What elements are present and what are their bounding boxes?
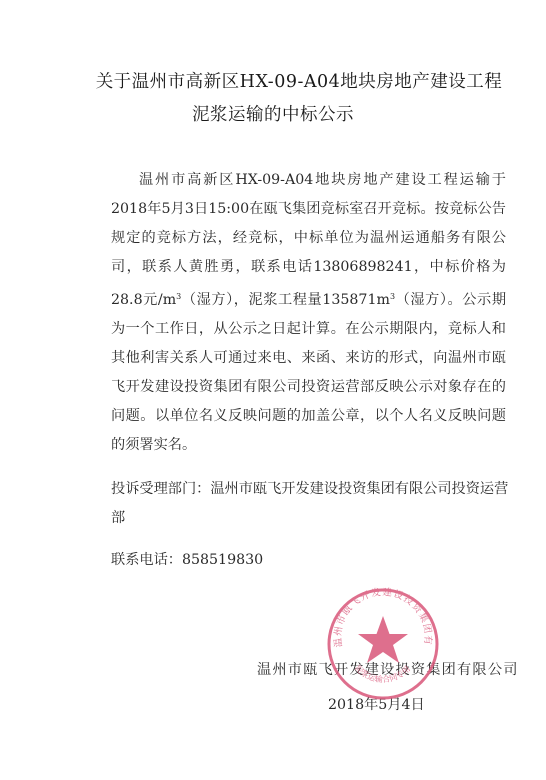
body-text-part-3: （湿方）。公示期为一个工作日，从公示之日起计算。在公示期限内，竞标人和其他利害关… [111, 292, 506, 453]
document-title-line-1: 关于温州市高新区HX-09-A04地块房地产建设工程 [26, 68, 546, 93]
contact-phone: 联系电话：858519830 [111, 546, 511, 575]
complaint-department: 投诉受理部门：温州市瓯飞开发建设投资集团有限公司投资运营部 [111, 475, 511, 533]
announcement-paragraph: 温州市高新区HX-09-A04地块房地产建设工程运输于2018年5月3日15:0… [111, 166, 506, 460]
document-title-line-2: 泥浆运输的中标公示 [0, 101, 546, 126]
body-text-part-1: 温州市高新区HX-09-A04地块房地产建设工程运输于2018年5月3日15:0… [111, 172, 506, 308]
star-icon [358, 616, 408, 663]
seal-icon: 温州市瓯飞开发建设投资集团有限公司 泥浆运输合同专用章 [325, 586, 441, 702]
body-text-part-2: （湿方），泥浆工程量135871m [181, 292, 390, 308]
announcement-body: 温州市高新区HX-09-A04地块房地产建设工程运输于2018年5月3日15:0… [111, 166, 506, 460]
official-seal-stamp: 温州市瓯飞开发建设投资集团有限公司 泥浆运输合同专用章 [325, 586, 441, 702]
